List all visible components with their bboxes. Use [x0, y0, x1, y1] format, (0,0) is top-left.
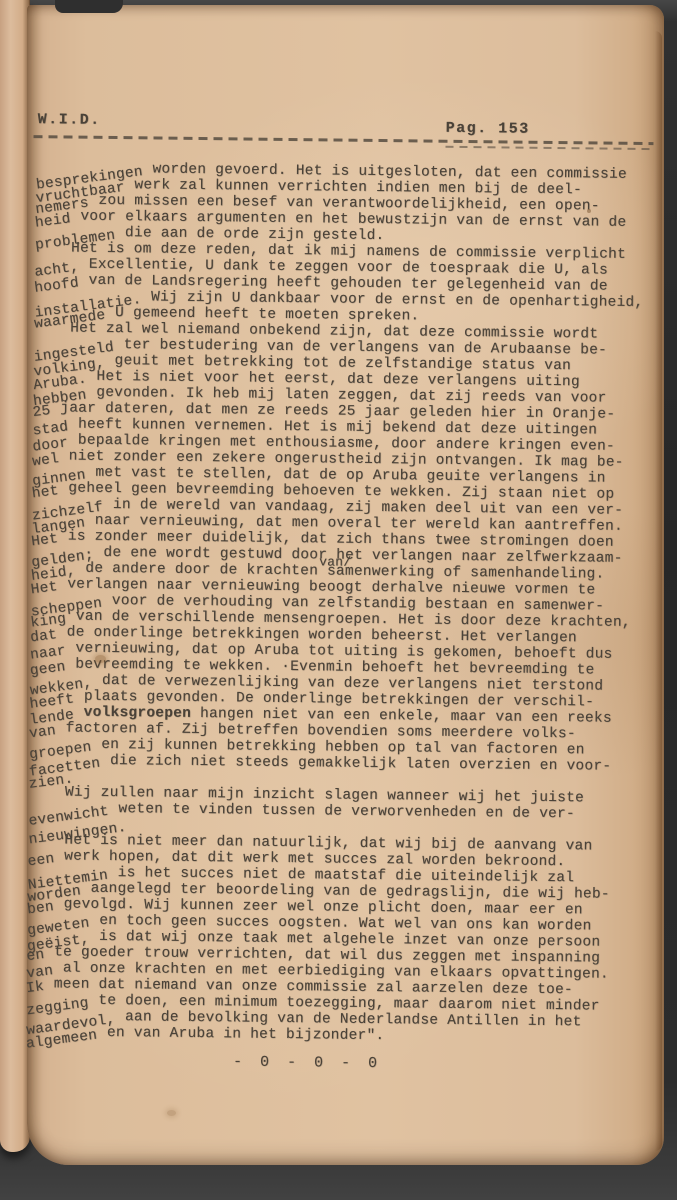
document-code: W.I.D. [38, 111, 101, 129]
document-page: W.I.D. Pag. 153 besprekingen worden gevo… [27, 5, 664, 1165]
body-text: besprekingen worden gevoerd. Het is uitg… [26, 160, 650, 1047]
line-start: ben [26, 899, 55, 918]
line-start: Het [30, 531, 59, 550]
line-start: Het [30, 579, 59, 598]
typewritten-content: W.I.D. Pag. 153 besprekingen worden gevo… [14, 5, 664, 1172]
page-number: Pag. 153 [446, 120, 530, 138]
line-start: wel [31, 451, 60, 470]
dashed-rule [33, 135, 653, 145]
top-edge-shadow [55, 0, 123, 13]
paper-stain [95, 655, 106, 663]
paper-stain [587, 209, 591, 213]
paper-stain [167, 1110, 176, 1116]
line-start: Ik [25, 979, 45, 997]
line-start: een [27, 851, 56, 870]
line-start: het [31, 483, 60, 502]
line-start: 25 [32, 403, 52, 421]
scanned-document: W.I.D. Pag. 153 besprekingen worden gevo… [0, 0, 677, 1200]
dashed-rule-secondary [445, 146, 653, 150]
section-break: - 0 - 0 - 0 [233, 1053, 380, 1072]
overstruck-word: volksgroepen [84, 705, 192, 722]
line-start: en [26, 947, 46, 965]
line-start: van [28, 723, 57, 742]
